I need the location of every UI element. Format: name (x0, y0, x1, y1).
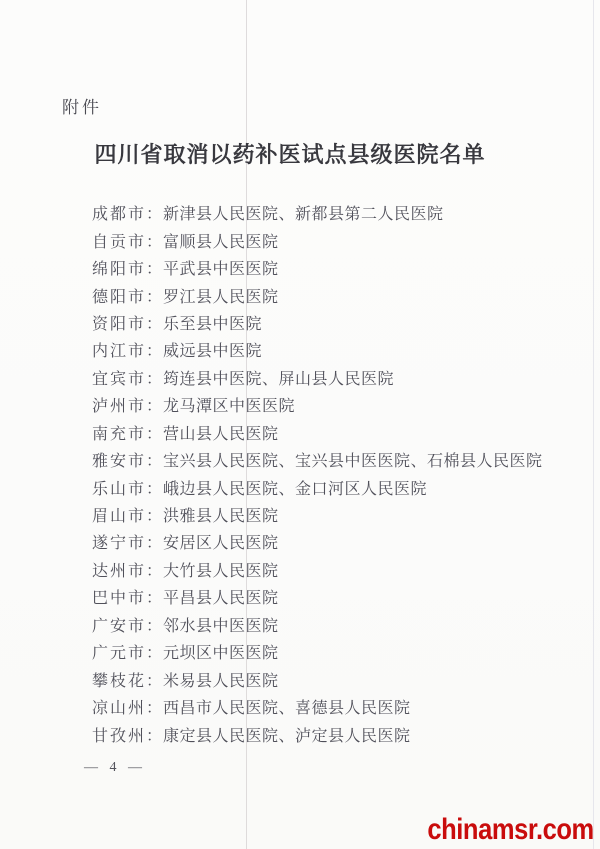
hospital-list: 成都市：新津县人民医院、新都县第二人民医院自贡市：富顺县人民医院绵阳市：平武县中… (92, 199, 582, 748)
hospital-names: 大竹县人民医院 (163, 558, 279, 581)
city-label: 攀枝花： (92, 668, 163, 691)
hospital-names: 平武县中医医院 (163, 256, 279, 279)
city-label: 眉山市： (92, 503, 163, 526)
city-label: 乐山市： (92, 476, 163, 499)
city-label: 达州市： (92, 558, 163, 581)
hospital-names: 西昌市人民医院、喜德县人民医院 (163, 695, 411, 718)
hospital-names: 峨边县人民医院、金口河区人民医院 (163, 476, 427, 499)
city-label: 雅安市： (92, 448, 163, 471)
hospital-list-row: 南充市：营山县人民医院 (92, 419, 582, 446)
hospital-names: 米易县人民医院 (163, 668, 279, 691)
page-number: — 4 — (84, 760, 146, 776)
hospital-names: 安居区人民医院 (163, 530, 279, 553)
hospital-list-row: 内江市：威远县中医院 (92, 336, 582, 363)
hospital-list-row: 凉山州：西昌市人民医院、喜德县人民医院 (92, 693, 582, 720)
hospital-list-row: 巴中市：平昌县人民医院 (92, 583, 582, 610)
city-label: 内江市： (92, 338, 163, 361)
hospital-names: 营山县人民医院 (163, 421, 279, 444)
hospital-names: 乐至县中医院 (163, 311, 262, 334)
city-label: 广安市： (92, 613, 163, 636)
hospital-list-row: 乐山市：峨边县人民医院、金口河区人民医院 (92, 473, 582, 500)
hospital-list-row: 眉山市：洪雅县人民医院 (92, 501, 582, 528)
city-label: 德阳市： (92, 284, 163, 307)
hospital-list-row: 德阳市：罗江县人民医院 (92, 281, 582, 308)
hospital-names: 罗江县人民医院 (163, 284, 279, 307)
page-edge-line (593, 0, 594, 849)
hospital-names: 平昌县人民医院 (163, 585, 279, 608)
hospital-list-row: 甘孜州：康定县人民医院、泸定县人民医院 (92, 720, 582, 747)
hospital-names: 宝兴县人民医院、宝兴县中医医院、石棉县人民医院 (163, 448, 543, 471)
city-label: 广元市： (92, 640, 163, 663)
hospital-names: 洪雅县人民医院 (163, 503, 279, 526)
hospital-names: 龙马潭区中医医院 (163, 393, 295, 416)
city-label: 凉山州： (92, 695, 163, 718)
hospital-list-row: 宜宾市：筠连县中医院、屏山县人民医院 (92, 364, 582, 391)
hospital-names: 威远县中医院 (163, 338, 262, 361)
city-label: 泸州市： (92, 393, 163, 416)
city-label: 遂宁市： (92, 530, 163, 553)
hospital-list-row: 绵阳市：平武县中医医院 (92, 254, 582, 281)
city-label: 绵阳市： (92, 256, 163, 279)
watermark-chinamsr: chinamsr.com (428, 814, 594, 846)
hospital-names: 富顺县人民医院 (163, 229, 279, 252)
city-label: 巴中市： (92, 585, 163, 608)
hospital-list-row: 广安市：邻水县中医医院 (92, 611, 582, 638)
hospital-list-row: 广元市：元坝区中医医院 (92, 638, 582, 665)
city-label: 自贡市： (92, 229, 163, 252)
city-label: 宜宾市： (92, 366, 163, 389)
hospital-list-row: 成都市：新津县人民医院、新都县第二人民医院 (92, 199, 582, 226)
hospital-list-row: 攀枝花：米易县人民医院 (92, 665, 582, 692)
document-page: 附件 四川省取消以药补医试点县级医院名单 成都市：新津县人民医院、新都县第二人民… (0, 0, 600, 849)
hospital-list-row: 泸州市：龙马潭区中医医院 (92, 391, 582, 418)
hospital-list-row: 雅安市：宝兴县人民医院、宝兴县中医医院、石棉县人民医院 (92, 446, 582, 473)
city-label: 甘孜州： (92, 723, 163, 746)
hospital-names: 邻水县中医医院 (163, 613, 279, 636)
hospital-names: 元坝区中医医院 (163, 640, 279, 663)
attachment-label: 附件 (62, 98, 102, 118)
hospital-list-row: 遂宁市：安居区人民医院 (92, 528, 582, 555)
hospital-names: 康定县人民医院、泸定县人民医院 (163, 723, 411, 746)
hospital-list-row: 资阳市：乐至县中医院 (92, 309, 582, 336)
hospital-list-row: 达州市：大竹县人民医院 (92, 556, 582, 583)
hospital-names: 筠连县中医院、屏山县人民医院 (163, 366, 394, 389)
document-title: 四川省取消以药补医试点县级医院名单 (0, 140, 580, 170)
city-label: 南充市： (92, 421, 163, 444)
city-label: 资阳市： (92, 311, 163, 334)
city-label: 成都市： (92, 201, 163, 224)
hospital-names: 新津县人民医院、新都县第二人民医院 (163, 201, 444, 224)
hospital-list-row: 自贡市：富顺县人民医院 (92, 226, 582, 253)
